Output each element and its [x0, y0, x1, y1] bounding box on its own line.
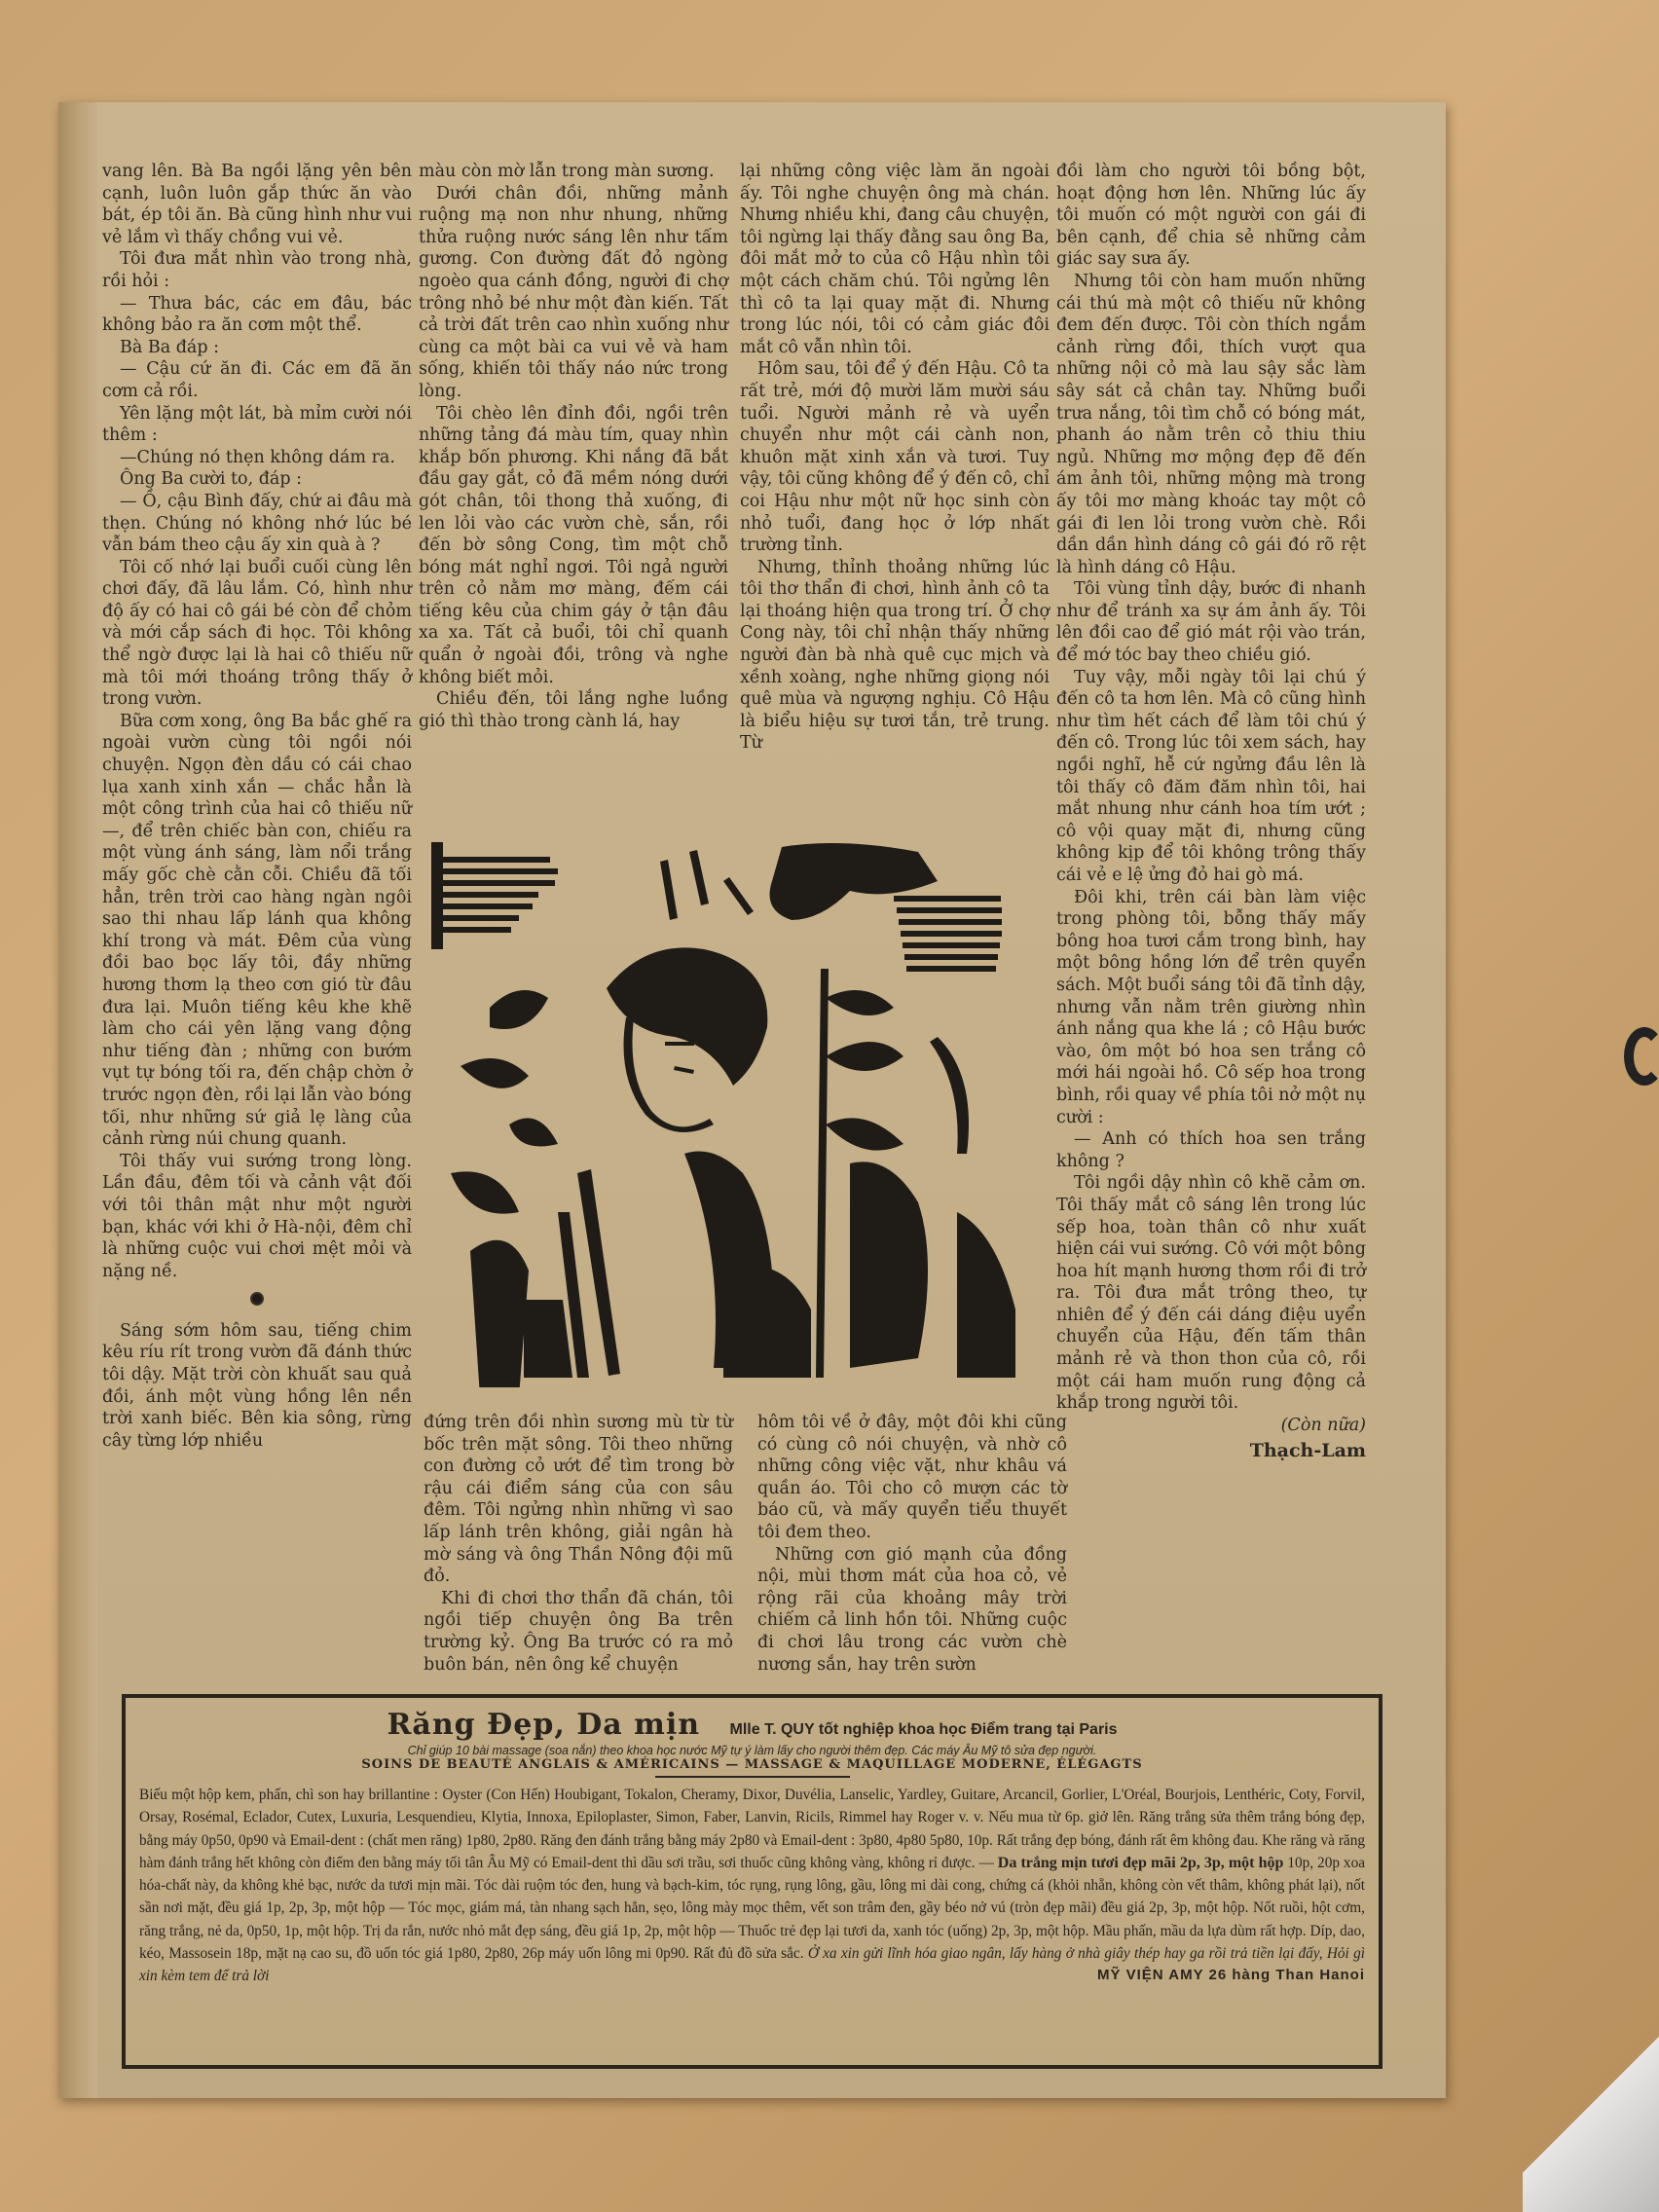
background-object	[1523, 1998, 1659, 2212]
binder-clip-icon	[1624, 1027, 1659, 1086]
paragraph: Bà Ba đáp :	[102, 337, 412, 359]
paragraph: Tôi vùng tỉnh dậy, bước đi nhanh như để …	[1056, 578, 1366, 666]
paragraph: màu còn mờ lẫn trong màn sương.	[419, 161, 728, 183]
paragraph: — Ồ, cậu Bình đấy, chứ ai đâu mà thẹn. C…	[102, 491, 412, 557]
paragraph: Đôi khi, trên cái bàn làm việc trong phò…	[1056, 887, 1366, 1129]
paragraph: — Anh có thích hoa sen trắng không ?	[1056, 1128, 1366, 1172]
to-be-continued-note: (Còn nữa)	[1281, 1415, 1366, 1437]
ad-title: Răng Đẹp, Da mịn	[387, 1708, 700, 1742]
paragraph: Dưới chân đồi, những mảnh ruộng mạ non n…	[419, 183, 728, 403]
section-separator-dot	[102, 1290, 412, 1312]
woodcut-image-icon	[431, 842, 1054, 1387]
paragraph: Khi đi chơi thơ thẩn đã chán, tôi ngồi t…	[424, 1588, 733, 1676]
paragraph: Tôi chèo lên đỉnh đồi, ngồi trên những t…	[419, 403, 728, 689]
advertisement-box: Răng Đẹp, Da mịn Mlle T. QUY tốt nghiệp …	[122, 1694, 1382, 2069]
paragraph: Tôi cố nhớ lại buổi cuối cùng lên chơi đ…	[102, 557, 412, 711]
ad-footer-address: MỸ VIỆN AMY 26 hàng Than Hanoi	[139, 1967, 1365, 1983]
paragraph: hôm tôi về ở đây, một đôi khi cũng có cù…	[757, 1412, 1067, 1544]
paragraph: Chiều đến, tôi lắng nghe luồng gió thì t…	[419, 688, 728, 732]
paragraph: vang lên. Bà Ba ngồi lặng yên bên cạnh, …	[102, 161, 412, 248]
article-column-4: đồi làm cho người tôi bồng bột, hoạt độn…	[1056, 161, 1366, 1462]
page-binding	[58, 102, 97, 2098]
paragraph: Sáng sớm hôm sau, tiếng chim kêu ríu rít…	[102, 1320, 412, 1453]
paragraph: Tuy vậy, mỗi ngày tôi lại chú ý đến cô t…	[1056, 667, 1366, 887]
paragraph: Những cơn gió mạnh của đồng nội, mùi thơ…	[757, 1544, 1067, 1677]
paragraph: Tôi đưa mắt nhìn vào trong nhà, rồi hỏi …	[102, 248, 412, 292]
article-column-2-lower: đứng trên đồi nhìn sương mù từ từ bốc tr…	[424, 1412, 733, 1676]
paragraph: Ông Ba cười to, đáp :	[102, 468, 412, 491]
paragraph: Yên lặng một lát, bà mỉm cười nói thêm :	[102, 403, 412, 447]
ad-subtitle: Mlle T. QUY tốt nghiệp khoa học Điểm tra…	[730, 1721, 1118, 1738]
paragraph: Tôi ngồi dậy nhìn cô khẽ cảm ơn. Tôi thấ…	[1056, 1172, 1366, 1415]
article-column-3-lower: hôm tôi về ở đây, một đôi khi cũng có cù…	[757, 1412, 1067, 1676]
ad-french-line: SOINS DE BEAUTÉ ANGLAIS & AMÉRICAINS — M…	[139, 1757, 1365, 1772]
paragraph: — Thưa bác, các em đâu, bác không bảo ra…	[102, 293, 412, 337]
paragraph: Hôm sau, tôi để ý đến Hậu. Cô ta rất trẻ…	[740, 358, 1050, 556]
woodcut-illustration	[431, 842, 1054, 1387]
article-column-2: màu còn mờ lẫn trong màn sương. Dưới châ…	[419, 161, 728, 732]
paragraph: đồi làm cho người tôi bồng bột, hoạt độn…	[1056, 161, 1366, 271]
newspaper-page: vang lên. Bà Ba ngồi lặng yên bên cạnh, …	[58, 102, 1446, 2098]
paragraph: Nhưng tôi còn ham muốn những cái thú mà …	[1056, 271, 1366, 578]
ad-body: Biếu một hộp kem, phấn, chì son hay bril…	[139, 1784, 1365, 1988]
paragraph: Tôi thấy vui sướng trong lòng. Lần đầu, …	[102, 1151, 412, 1283]
article-column-1: vang lên. Bà Ba ngồi lặng yên bên cạnh, …	[102, 161, 412, 1452]
paragraph: lại những công việc làm ăn ngoài ấy. Tôi…	[740, 161, 1050, 358]
paragraph: Bữa cơm xong, ông Ba bắc ghế ra ngoài vư…	[102, 711, 412, 1151]
article-column-3: lại những công việc làm ăn ngoài ấy. Tôi…	[740, 161, 1050, 755]
ad-tagline: Chỉ giúp 10 bài massage (soa nắn) theo k…	[139, 1744, 1365, 1757]
ad-body-highlight: Da trắng mịn tươi đẹp mãi 2p, 3p, một hộ…	[998, 1855, 1284, 1871]
author-signature: Thạch-Lam	[1056, 1440, 1366, 1462]
paragraph: đứng trên đồi nhìn sương mù từ từ bốc tr…	[424, 1412, 733, 1588]
paragraph: Nhưng, thỉnh thoảng những lúc tôi thơ th…	[740, 557, 1050, 755]
paragraph: —Chúng nó thẹn không dám ra.	[102, 447, 412, 469]
paragraph: — Cậu cứ ăn đi. Các em đã ăn cơm cả rồi.	[102, 358, 412, 402]
ad-divider	[655, 1776, 850, 1778]
